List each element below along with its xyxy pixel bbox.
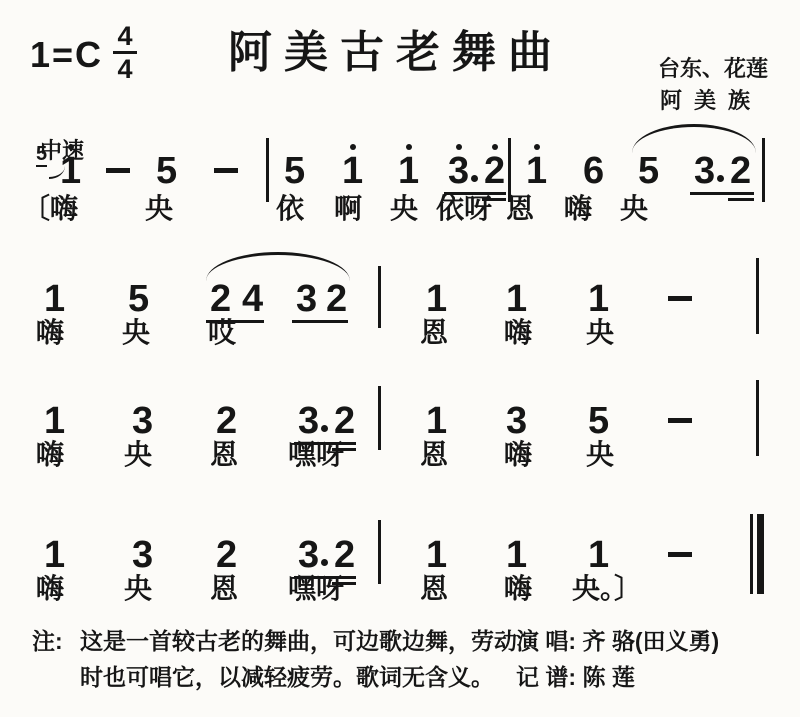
lyric-syllable: 嗨 [504,318,532,348]
octave-dot [406,144,412,150]
lyric-syllable: 央 [124,440,152,470]
lyric-syllable: 恩 [210,574,238,604]
lyric-syllable: 恩 [420,574,448,604]
note-digit: 2 [216,402,237,440]
note-digit: 1 [526,152,547,190]
footnote-label: 注: [32,628,63,654]
note-digit: 4 [242,280,263,318]
note-digit: 1 [506,280,527,318]
barline [756,380,759,456]
octave-dot [68,144,74,150]
note-digit: 1 [588,280,609,318]
note-digit: 2 [334,402,355,440]
footnote-line2: 时也可唱它，以减轻疲劳。歌词无含义。 [80,664,494,690]
augmentation-dot [321,559,328,566]
octave-dot [456,144,462,150]
sheet-music-page: 1=C 4 4 阿美古老舞曲 台东、花莲 阿美族 中速 515511321653… [0,0,800,717]
augmentation-dot [471,175,478,182]
barline [378,386,381,450]
barline [762,138,765,202]
note-digit: 1 [426,280,447,318]
note-digit: 2 [484,152,505,190]
origin-region: 台东、花莲 [658,52,768,83]
grace-note: 5 [36,144,47,167]
lyric-syllable: 嗨 [504,574,532,604]
note-digit: 3 [296,280,317,318]
note-digit: 5 [156,152,177,190]
augmentation-dot [321,425,328,432]
final-barline-thick [757,514,764,594]
lyric-syllable: 央 [124,574,152,604]
note-digit: 2 [326,280,347,318]
note-digit: 2 [210,280,231,318]
note-digit: 1 [342,152,363,190]
octave-dot [350,144,356,150]
lyric-syllable: 嗨 [36,574,64,604]
augmentation-dot [717,175,724,182]
sustain-dash [668,552,692,557]
note-digit: 1 [398,152,419,190]
slur-arc [206,252,350,281]
page-title: 阿美古老舞曲 [228,16,564,80]
time-signature: 4 4 [108,22,142,83]
note-digit: 3 [298,536,319,574]
lyric-syllable: 啊 [334,194,362,224]
sustain-dash [214,168,238,173]
note-digit: 3 [448,152,469,190]
barline [378,520,381,584]
lyric-syllable: 央 [586,318,614,348]
note-digit: 1 [44,402,65,440]
barline [378,266,381,328]
key-signature: 1=C [30,34,103,76]
lyric-syllable: 〔嗨 [22,194,78,224]
sustain-dash [668,418,692,423]
transcriber-credit: 记 谱: 陈 莲 [516,664,635,690]
note-digit: 1 [588,536,609,574]
lyric-syllable: 嗨 [504,440,532,470]
note-digit: 1 [44,280,65,318]
note-digit: 3 [132,536,153,574]
lyric-syllable: 依 [276,194,304,224]
lyric-syllable: 哎 [208,318,236,348]
note-digit: 6 [583,152,604,190]
final-barline-thin [750,514,753,594]
note-digit: 5 [638,152,659,190]
time-signature-numerator: 4 [108,22,142,50]
singer-credit: 演 唱: 齐 骆(田义勇) [516,628,719,654]
note-digit: 3 [298,402,319,440]
footnote-line1: 这是一首较古老的舞曲，可边歌边舞，劳动 [80,628,517,654]
note-digit: 1 [506,536,527,574]
barline [266,138,269,202]
lyric-syllable: 嗨 [36,440,64,470]
lyric-syllable: 央 [122,318,150,348]
note-digit: 3 [506,402,527,440]
note-digit: 3 [132,402,153,440]
note-digit: 1 [44,536,65,574]
note-digit: 5 [284,152,305,190]
sustain-dash [106,168,130,173]
lyric-syllable: 央 [586,440,614,470]
ethnic-group: 阿美族 [660,84,762,115]
note-digit: 2 [730,152,751,190]
note-digit: 2 [334,536,355,574]
octave-dot [534,144,540,150]
note-digit: 1 [426,536,447,574]
note-digit: 5 [128,280,149,318]
lyric-syllable: 依呀 [436,194,492,224]
note-digit: 3 [694,152,715,190]
beam-underline [690,192,754,195]
note-digit: 1 [426,402,447,440]
beam-underline [728,198,754,201]
lyric-syllable: 恩 [210,440,238,470]
lyric-syllable: 恩 [506,194,534,224]
lyric-syllable: 央 [390,194,418,224]
lyric-syllable: 嘿呀 [288,574,344,604]
note-digit: 1 [60,152,81,190]
lyric-syllable: 央 [620,194,648,224]
note-digit: 5 [588,402,609,440]
lyric-syllable: 嗨 [36,318,64,348]
beam-underline [292,320,348,323]
barline [756,258,759,334]
sustain-dash [668,296,692,301]
octave-dot [492,144,498,150]
lyric-syllable: 央。〕 [572,574,642,604]
lyric-syllable: 恩 [420,440,448,470]
lyric-syllable: 恩 [420,318,448,348]
note-digit: 2 [216,536,237,574]
time-signature-denominator: 4 [108,55,142,83]
lyric-syllable: 嘿呀 [288,440,344,470]
slur-arc [632,124,756,153]
lyric-syllable: 嗨 [564,194,592,224]
lyric-syllable: 央 [145,194,173,224]
